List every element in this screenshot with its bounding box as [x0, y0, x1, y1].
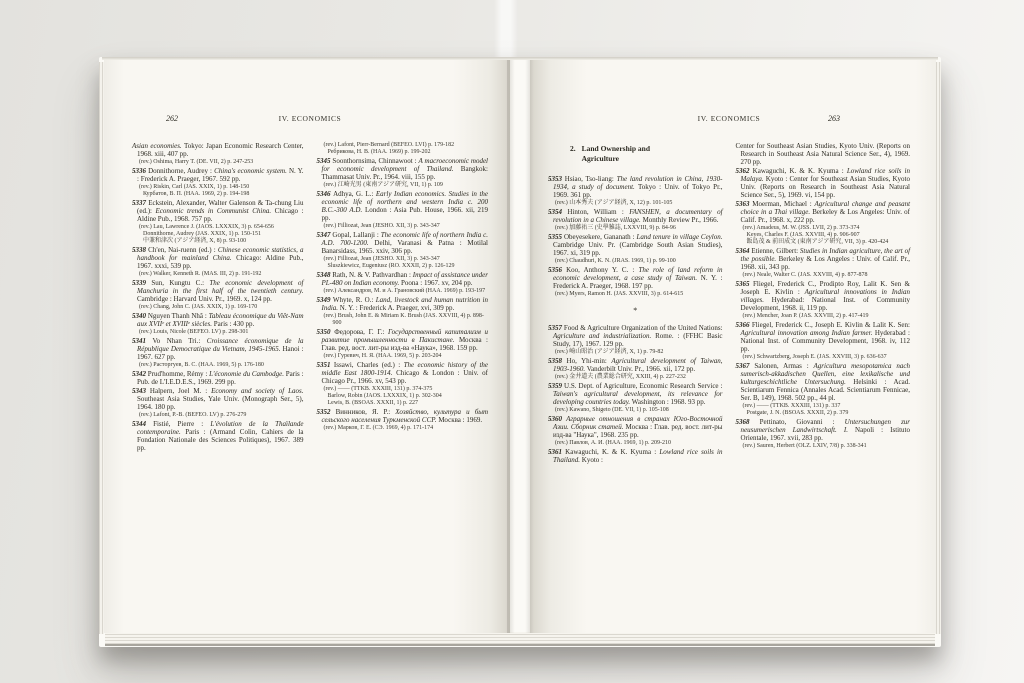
review-block: (rev.) Chang, John C. (JAS. XXIX, 1) p. …: [132, 304, 304, 311]
review-block: (rev.) Louis, Nicole (BEFEO. LV) p. 298-…: [132, 329, 304, 336]
bib-entry-5355: 5355 Obeyesekere, Gananath : Land tenure…: [548, 233, 723, 257]
entry-text: Vanderbilt Univ. Pr., 1966. xii, 172 pp.: [585, 365, 695, 373]
review-block: (rev.) Lafont, Pierr-Bernard (BEFEO. LVI…: [317, 142, 489, 156]
review-line: (rev.) Riskin, Carl (JAS. XXIX, 1) p. 14…: [132, 184, 304, 191]
entry-text: Whyte, R. O.:: [333, 296, 376, 304]
review-line: Barlow, Robin (JAOS. LXXXIX, 1) p. 302-3…: [317, 393, 489, 400]
bottom-page-edges: [105, 632, 935, 646]
entry-title-text: Asian economies.: [132, 142, 182, 150]
bib-entry-5366: 5366 Fliegel, Frederick C., Joseph E. Ki…: [736, 321, 911, 353]
review-line: (rev.) 山本秀夫 (アジア経済, X, 12) p. 101-105: [548, 200, 723, 207]
review-line: Donnithorne, Audrey (JAS. XXIX, 1) p. 15…: [132, 231, 304, 238]
entry-text: Kyoto : Center for Southeast Asian Studi…: [741, 175, 911, 199]
bib-entry-5367: 5367 Salonen, Armas : Agricultura mesopo…: [736, 362, 911, 402]
entry-text: Sun, Kungtu C.:: [151, 279, 209, 287]
review-line: (rev.) —— (TTKB. XXXIII, 131) p. 337: [736, 403, 911, 410]
book-photograph: 262 IV. ECONOMICS Asian economies. Tokyo…: [0, 0, 1024, 683]
entry-number: 5343: [132, 387, 150, 395]
entry-number: 5355: [548, 233, 564, 241]
review-block: (rev.) Павлов, А. И. (НАА. 1969, 1) p. 2…: [548, 440, 723, 447]
entry-title-text: China's economic system.: [214, 167, 287, 175]
review-line: (rev.) Lau, Lawrence J. (JAOS. LXXXIX, 3…: [132, 224, 304, 231]
entry-number: 5338: [132, 246, 148, 254]
bib-entry-5341: 5341 Vo Nhan Tri.: Croissance économique…: [132, 337, 304, 361]
running-title-right: IV. ECONOMICS: [548, 114, 910, 123]
entry-number: 5362: [736, 167, 753, 175]
entry-text: Moerman, Michael :: [752, 200, 814, 208]
entry-number: 5366: [736, 321, 752, 329]
entry-number: 5365: [736, 280, 753, 288]
entry-number: 5357: [548, 324, 564, 332]
review-line: (rev.) Neale, Walter C. (JAS. XXVIII, 4)…: [736, 272, 911, 279]
entry-text: Федорова, Г. Г.:: [334, 328, 388, 336]
entry-text: Gopal, Lallanji :: [332, 231, 380, 239]
entry-number: 5358: [548, 357, 567, 365]
review-block: (rev.) Oshima, Harry T. (DE. VII, 2) p. …: [132, 159, 304, 166]
review-line: (rev.) Chang, John C. (JAS. XXIX, 1) p. …: [132, 304, 304, 311]
bib-entry-5361: 5361 Kawaguchi, K. & K. Kyuma : Lowland …: [548, 448, 723, 464]
entry-text: Cambridge : Harvard Univ. Pr., 1969. x, …: [137, 295, 272, 303]
review-block: (rev.) Гуревич, Н. Я. (НАА. 1969, 5) p. …: [317, 353, 489, 360]
page-header-left: 262 IV. ECONOMICS: [132, 114, 488, 126]
review-line: (rev.) Louis, Nicole (BEFEO. LV) p. 298-…: [132, 329, 304, 336]
entry-number: 5345: [317, 157, 333, 165]
right-page-column-1: 2.Land Ownership and Agriculture5353 Hsi…: [548, 142, 723, 465]
review-block: (rev.) Myers, Ramon H. (JAS. XXVIII, 3) …: [548, 291, 723, 298]
entry-number: 5368: [736, 418, 760, 426]
entry-text: Prud'homme, Rémy :: [148, 370, 209, 378]
entry-text: Винников, Я. Р.:: [336, 408, 396, 416]
review-block: (rev.) 金井道夫 (農業総合研究, XXIII, 4) p. 227-23…: [548, 374, 723, 381]
review-line: (rev.) 江崎光男 (東南アジア研究, VII, 1) p. 109: [317, 182, 489, 189]
review-line: (rev.) Oshima, Harry T. (DE. VII, 2) p. …: [132, 159, 304, 166]
review-line: Lewis, B. (BSOAS. XXXII, 1) p. 227: [317, 400, 489, 407]
review-line: (rev.) Filliozat, Jean (JESHO. XII, 3) p…: [317, 223, 489, 230]
bib-entry-5354: 5354 Hinton, William : FANSHEN, a docume…: [548, 208, 723, 224]
entry-text: Nguyen Thanh Nhã :: [148, 312, 209, 320]
bib-entry-5336: 5336 Donnithorne, Audrey : China's econo…: [132, 167, 304, 183]
review-line: Sluszkiewicz, Eugeniusz (RO. XXXII, 2) p…: [317, 263, 489, 270]
page-left: 262 IV. ECONOMICS Asian economies. Tokyo…: [104, 60, 510, 633]
entry-title-text: Land tenure in village Ceylon.: [637, 233, 723, 241]
section-heading: 2.Land Ownership and Agriculture: [548, 144, 723, 163]
bib-entry-5338: 5338 Ch'en, Nai-ruenn (ed.) : Chinese ec…: [132, 246, 304, 270]
bib-entry-continuation: Asian economies. Tokyo: Japan Economic R…: [132, 142, 304, 158]
entry-number: 5364: [736, 247, 752, 255]
section-separator: *: [548, 307, 723, 315]
entry-text: Etienne, Gilbert:: [751, 247, 800, 255]
review-line: (rev.) Александров, М. и А. Грановский (…: [317, 288, 489, 295]
review-line: (rev.) Brush, John E. & Miriam K. Brush …: [317, 313, 489, 327]
review-block: (rev.) Chaudhuri, K. N. (JRAS. 1969, 1) …: [548, 258, 723, 265]
bib-entry-5350: 5350 Федорова, Г. Г.: Государственный ка…: [317, 328, 489, 352]
entry-number: 5346: [317, 190, 334, 198]
bib-entry-5368: 5368 Pettinato, Giovanni : Untersuchunge…: [736, 418, 911, 442]
review-line: Keyes, Charles F. (JAS. XXVIII, 4) p. 90…: [736, 232, 911, 239]
section-title: Land Ownership and Agriculture: [582, 144, 686, 163]
review-line: Курбатов, В. П. (НАА. 1969, 2) p. 194-19…: [132, 191, 304, 198]
entry-number: 5354: [548, 208, 567, 216]
entry-text: Adhya, G. L.:: [333, 190, 376, 198]
entry-number: 5361: [548, 448, 565, 456]
entry-text: Monthly Review Pr., 1966.: [641, 216, 719, 224]
review-block: (rev.) 山本秀夫 (アジア経済, X, 12) p. 101-105: [548, 200, 723, 207]
entry-title-text: L'économie du Cambodge.: [209, 370, 284, 378]
bib-entry-5352: 5352 Винников, Я. Р.: Хозяйство, культур…: [317, 408, 489, 424]
entry-text: Donnithorne, Audrey :: [148, 167, 214, 175]
entry-number: 5356: [548, 266, 566, 274]
entry-number: 5353: [548, 175, 565, 183]
entry-text: Food & Agriculture Organization of the U…: [564, 324, 723, 332]
bib-entry-5340: 5340 Nguyen Thanh Nhã : Tableau économiq…: [132, 312, 304, 328]
review-block: (rev.) —— (TTKB. XXXIII, 131) p. 337Post…: [736, 403, 911, 417]
review-block: (rev.) Расторгуев, В. С. (НАА. 1969, 5) …: [132, 362, 304, 369]
entry-text: Washington : 1968. 93 pp.: [630, 398, 705, 406]
review-line: Ребрикова, Н. В. (НАА. 1969) p. 199-202: [317, 149, 489, 156]
review-line: (rev.) Mencher, Joan P. (JAS. XXVIII, 2)…: [736, 313, 911, 320]
entry-number: 5367: [736, 362, 755, 370]
bib-entry-5345: 5345 Soonthornsima, Chinnawoot : A macro…: [317, 157, 489, 181]
review-line: (rev.) Гуревич, Н. Я. (НАА. 1969, 5) p. …: [317, 353, 489, 360]
review-block: (rev.) 崎山昭治 (アジア経済, X, 1) p. 79-82: [548, 349, 723, 356]
entry-number: 5347: [317, 231, 333, 239]
entry-number: 5359: [548, 382, 564, 390]
entry-number: 5344: [132, 420, 153, 428]
entry-number: 5336: [132, 167, 148, 175]
review-block: (rev.) Lau, Lawrence J. (JAOS. LXXXIX, 3…: [132, 224, 304, 245]
entry-text: Hsiao, Tso-liang:: [565, 175, 617, 183]
review-line: (rev.) Schwartzberg, Joseph E. (JAS. XXV…: [736, 354, 911, 361]
entry-number: 5340: [132, 312, 148, 320]
bib-entry-5353: 5353 Hsiao, Tso-liang: The land revoluti…: [548, 175, 723, 199]
review-line: (rev.) Walker, Kenneth R. (MAS. III, 2) …: [132, 271, 304, 278]
review-line: (rev.) 金井道夫 (農業総合研究, XXIII, 4) p. 227-23…: [548, 374, 723, 381]
bib-entry-5358: 5358 Ho, Yhi-min: Agricultural developme…: [548, 357, 723, 373]
entry-number: 5360: [548, 415, 566, 423]
review-block: (rev.) Sauren, Herbert (OLZ. LXIV, 7/8) …: [736, 443, 911, 450]
entry-number: 5337: [132, 199, 148, 207]
entry-number: 5363: [736, 200, 753, 208]
review-line: (rev.) Amadeus, M. W. (JSS. LVII, 2) p. …: [736, 225, 911, 232]
review-line: Postgate, J. N. (BSOAS. XXXII, 2) p. 379: [736, 410, 911, 417]
review-block: (rev.) Walker, Kenneth R. (MAS. III, 2) …: [132, 271, 304, 278]
entry-number: 5352: [317, 408, 336, 416]
review-line: (rev.) 崎山昭治 (アジア経済, X, 1) p. 79-82: [548, 349, 723, 356]
background-seam: [494, 0, 518, 62]
entry-title-text: Agriculture and industrialization.: [553, 332, 651, 340]
entry-text: Soonthornsima, Chinnawoot :: [332, 157, 418, 165]
open-book: 262 IV. ECONOMICS Asian economies. Tokyo…: [99, 57, 941, 647]
left-page-column-1: Asian economies. Tokyo: Japan Economic R…: [132, 142, 304, 453]
entry-text: Rath, N. & V. Pathvardhan :: [332, 271, 412, 279]
entry-text: Fliegel, Frederick C., Joseph E. Kivlin …: [752, 321, 910, 329]
entry-number: 5339: [132, 279, 151, 287]
review-line: 中兼和津次 (アジア経済, X, 8) p. 93-100: [132, 238, 304, 245]
entry-number: 5348: [317, 271, 333, 279]
entry-text: Paris : 430 pp.: [212, 320, 254, 328]
bib-entry-5339: 5339 Sun, Kungtu C.: The economic develo…: [132, 279, 304, 303]
entry-text: Ch'en, Nai-ruenn (ed.) :: [148, 246, 218, 254]
review-line: 飯島茂 & 前田成文 (東南アジア研究, VII, 3) p. 420-424: [736, 239, 911, 246]
entry-text: Pettinato, Giovanni :: [760, 418, 845, 426]
entry-text: Kyoto :: [580, 456, 603, 464]
review-line: (rev.) Chaudhuri, K. N. (JRAS. 1969, 1) …: [548, 258, 723, 265]
entry-text: Issawi, Charles (ed.) :: [334, 361, 404, 369]
entry-text: Vo Nhan Tri.:: [153, 337, 207, 345]
entry-title-text: Economic trends in Communist China.: [156, 207, 272, 215]
entry-text: Fistié, Pierre :: [153, 420, 210, 428]
review-line: (rev.) Kawano, Shigeto (DE. VII, 1) p. 1…: [548, 407, 723, 414]
bib-entry-continuation: Center for Southeast Asian Studies, Kyot…: [736, 142, 911, 166]
entry-number: 5341: [132, 337, 153, 345]
review-block: (rev.) —— (TTKB. XXXIII, 131) p. 374-375…: [317, 386, 489, 407]
entry-text: Halpern, Joel M. :: [150, 387, 211, 395]
entry-text: Kawaguchi, K. & K. Kyuma :: [753, 167, 847, 175]
entry-number: 5351: [317, 361, 334, 369]
entry-number: 5342: [132, 370, 148, 378]
bib-entry-5356: 5356 Koo, Anthony Y. C. : The role of la…: [548, 266, 723, 290]
running-title-left: IV. ECONOMICS: [132, 114, 488, 123]
review-block: (rev.) Filliozat, Jean (JESHO. XII, 3) p…: [317, 223, 489, 230]
section-number: 2.: [570, 144, 576, 163]
review-line: (rev.) Myers, Ramon H. (JAS. XXVIII, 3) …: [548, 291, 723, 298]
review-block: (rev.) Amadeus, M. W. (JSS. LVII, 2) p. …: [736, 225, 911, 246]
entry-text: Ho, Yhi-min:: [567, 357, 612, 365]
bib-entry-5342: 5342 Prud'homme, Rémy : L'économie du Ca…: [132, 370, 304, 386]
review-block: (rev.) Mencher, Joan P. (JAS. XXVIII, 2)…: [736, 313, 911, 320]
review-block: (rev.) Lafont, P.-B. (BEFEO. LV) p. 276-…: [132, 412, 304, 419]
review-line: (rev.) Марков, Г. Е. (СЭ. 1969, 4) p. 17…: [317, 425, 489, 432]
page-number-right: 263: [828, 114, 840, 123]
review-line: (rev.) Расторгуев, В. С. (НАА. 1969, 5) …: [132, 362, 304, 369]
entry-text: Москва : 1969.: [437, 416, 483, 424]
review-line: (rev.) Павлов, А. И. (НАА. 1969, 1) p. 2…: [548, 440, 723, 447]
bib-entry-5360: 5360 Аграрные отношения в странах Юго-Во…: [548, 415, 723, 439]
page-header-right: IV. ECONOMICS 263: [548, 114, 910, 126]
review-block: (rev.) Александров, М. и А. Грановский (…: [317, 288, 489, 295]
bib-entry-5364: 5364 Etienne, Gilbert: Studies in Indian…: [736, 247, 911, 271]
review-block: (rev.) Brush, John E. & Miriam K. Brush …: [317, 313, 489, 327]
entry-number: 5349: [317, 296, 333, 304]
review-block: (rev.) Riskin, Carl (JAS. XXIX, 1) p. 14…: [132, 184, 304, 198]
entry-text: N. Y. : Frederick A. Praeger, xvi, 309 p…: [338, 304, 454, 312]
bib-entry-5365: 5365 Fliegel, Frederick C., Prodipto Roy…: [736, 280, 911, 312]
bib-entry-5343: 5343 Halpern, Joel M. : Economy and soci…: [132, 387, 304, 411]
entry-title-text: Agricultural innovation among Indian far…: [741, 329, 873, 337]
review-block: (rev.) Neale, Walter C. (JAS. XXVIII, 4)…: [736, 272, 911, 279]
bib-entry-5346: 5346 Adhya, G. L.: Early Indian economic…: [317, 190, 489, 222]
review-line: (rev.) 加藤祐三 (史學雑誌, LXXVIII, 9) p. 84-96: [548, 225, 723, 232]
entry-number: 5350: [317, 328, 335, 336]
review-block: (rev.) Марков, Г. Е. (СЭ. 1969, 4) p. 17…: [317, 425, 489, 432]
review-block: (rev.) Kawano, Shigeto (DE. VII, 1) p. 1…: [548, 407, 723, 414]
entry-text: Center for Southeast Asian Studies, Kyot…: [736, 142, 911, 166]
bib-entry-5357: 5357 Food & Agriculture Organization of …: [548, 324, 723, 348]
entry-text: Salonen, Armas :: [754, 362, 813, 370]
left-page-column-2: (rev.) Lafont, Pierr-Bernard (BEFEO. LVI…: [317, 142, 489, 433]
entry-text: Kawaguchi, K. & K. Kyuma :: [565, 448, 659, 456]
entry-text: Cambridge Univ. Pr. (Cambridge South Asi…: [553, 241, 723, 257]
entry-text: Poona : 1967. xv, 204 pp.: [399, 279, 472, 287]
entry-text: U.S. Dept. of Agriculture, Economic Rese…: [564, 382, 722, 390]
review-block: (rev.) 江崎光男 (東南アジア研究, VII, 1) p. 109: [317, 182, 489, 189]
review-block: (rev.) Schwartzberg, Joseph E. (JAS. XXV…: [736, 354, 911, 361]
entry-text: Hinton, William :: [567, 208, 629, 216]
bib-entry-5359: 5359 U.S. Dept. of Agriculture, Economic…: [548, 382, 723, 406]
bib-entry-5362: 5362 Kawaguchi, K. & K. Kyuma : Lowland …: [736, 167, 911, 199]
bib-entry-5337: 5337 Eckstein, Alexander, Walter Galenso…: [132, 199, 304, 223]
review-line: (rev.) Lafont, P.-B. (BEFEO. LV) p. 276-…: [132, 412, 304, 419]
entry-text: Obeyesekere, Gananath :: [564, 233, 637, 241]
review-block: (rev.) 加藤祐三 (史學雑誌, LXXVIII, 9) p. 84-96: [548, 225, 723, 232]
review-block: (rev.) Filliozat, Jean (JESHO. XII, 3) p…: [317, 256, 489, 270]
bib-entry-5347: 5347 Gopal, Lallanji : The economic life…: [317, 231, 489, 255]
bib-entry-5351: 5351 Issawi, Charles (ed.) : The economi…: [317, 361, 489, 385]
entry-text: Southeast Asia Studies, Yale Univ. (Mono…: [137, 395, 304, 411]
entry-title-text: Economy and society of Laos.: [211, 387, 303, 395]
right-page-column-2: Center for Southeast Asian Studies, Kyot…: [736, 142, 911, 451]
review-line: (rev.) —— (TTKB. XXXIII, 131) p. 374-375: [317, 386, 489, 393]
bib-entry-5348: 5348 Rath, N. & V. Pathvardhan : Impact …: [317, 271, 489, 287]
bib-entry-5349: 5349 Whyte, R. O.: Land, livestock and h…: [317, 296, 489, 312]
page-right: IV. ECONOMICS 263 2.Land Ownership and A…: [530, 60, 936, 633]
review-line: (rev.) Sauren, Herbert (OLZ. LXIV, 7/8) …: [736, 443, 911, 450]
review-line: (rev.) Lafont, Pierr-Bernard (BEFEO. LVI…: [317, 142, 489, 149]
review-line: (rev.) Filliozat, Jean (JESHO. XII, 3) p…: [317, 256, 489, 263]
entry-text: Koo, Anthony Y. C. :: [566, 266, 638, 274]
bib-entry-5344: 5344 Fistié, Pierre : L'évolution de la …: [132, 420, 304, 452]
bib-entry-5363: 5363 Moerman, Michael : Agricultural cha…: [736, 200, 911, 224]
entry-text: Hyderabad: National Inst. of Community D…: [741, 296, 911, 312]
